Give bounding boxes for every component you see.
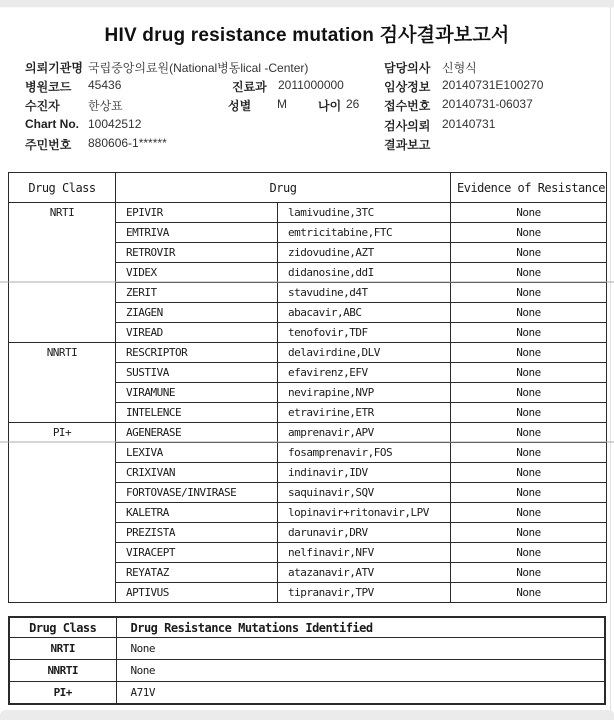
brand-cell: KALETRA: [116, 503, 278, 523]
evidence-cell: None: [451, 343, 607, 363]
field-label-clinical-info: 임상정보: [384, 78, 430, 95]
generic-cell: nelfinavir,NFV: [278, 543, 451, 563]
generic-cell: abacavir,ABC: [278, 303, 451, 323]
generic-cell: indinavir,IDV: [278, 463, 451, 483]
mutation-table-row: NNRTINone: [9, 660, 605, 682]
drug-class-cell: NNRTI: [9, 660, 116, 682]
resistance-table-row: NRTIEPIVIRlamivudine,3TCNone: [9, 203, 607, 223]
mutations-cell: A71V: [116, 682, 605, 705]
field-value-patient-name: 한상표: [88, 97, 123, 114]
evidence-cell: None: [451, 363, 607, 383]
evidence-cell: None: [451, 423, 607, 443]
evidence-cell: None: [451, 283, 607, 303]
drug-class-cell: NRTI: [9, 638, 116, 660]
brand-cell: VIREAD: [116, 323, 278, 343]
generic-cell: saquinavir,SQV: [278, 483, 451, 503]
mutation-table-header-row: Drug Class Drug Resistance Mutations Ide…: [9, 617, 605, 638]
report-page: HIV drug resistance mutation 검사결과보고서 의뢰기…: [0, 0, 614, 720]
generic-cell: tipranavir,TPV: [278, 583, 451, 603]
mutation-table-row: NRTINone: [9, 638, 605, 660]
field-value-age: 26: [346, 97, 359, 111]
scan-artifact-line: [0, 281, 614, 283]
mutations-cell: None: [116, 660, 605, 682]
field-value-receipt-no: 20140731-06037: [442, 97, 533, 111]
header-drug-class: Drug Class: [9, 617, 116, 638]
brand-cell: VIRAMUNE: [116, 383, 278, 403]
evidence-cell: None: [451, 203, 607, 223]
scan-edge-top: [0, 0, 614, 8]
evidence-cell: None: [451, 443, 607, 463]
brand-cell: INTELENCE: [116, 403, 278, 423]
evidence-cell: None: [451, 563, 607, 583]
brand-cell: APTIVUS: [116, 583, 278, 603]
resistance-table-row: NNRTIRESCRIPTORdelavirdine,DLVNone: [9, 343, 607, 363]
evidence-cell: None: [451, 503, 607, 523]
brand-cell: ZERIT: [116, 283, 278, 303]
brand-cell: RESCRIPTOR: [116, 343, 278, 363]
field-value-doctor: 신형식: [442, 59, 477, 76]
resistance-table-row: PI+AGENERASEamprenavir,APVNone: [9, 423, 607, 443]
field-value-clinical-info: 20140731E100270: [442, 78, 543, 92]
header-evidence: Evidence of Resistance: [451, 173, 607, 203]
field-value-sex: M: [277, 97, 287, 111]
field-label-department: 진료과: [232, 78, 267, 95]
evidence-cell: None: [451, 523, 607, 543]
field-label-test-request: 검사의뢰: [384, 117, 430, 134]
brand-cell: EPIVIR: [116, 203, 278, 223]
drug-class-cell: NNRTI: [9, 343, 116, 423]
brand-cell: AGENERASE: [116, 423, 278, 443]
field-value-test-request: 20140731: [442, 117, 495, 131]
page-title: HIV drug resistance mutation 검사결과보고서: [0, 20, 614, 47]
scan-edge-right: [610, 7, 611, 710]
mutation-table: Drug Class Drug Resistance Mutations Ide…: [8, 616, 606, 705]
generic-cell: nevirapine,NVP: [278, 383, 451, 403]
field-value-requesting-org: 국립중앙의료원(National병동lical -Center): [88, 59, 308, 76]
generic-cell: didanosine,ddI: [278, 263, 451, 283]
evidence-cell: None: [451, 243, 607, 263]
brand-cell: LEXIVA: [116, 443, 278, 463]
generic-cell: atazanavir,ATV: [278, 563, 451, 583]
field-label-hospital-code: 병원코드: [25, 78, 71, 95]
evidence-cell: None: [451, 403, 607, 423]
field-value-hospital-code: 45436: [88, 78, 121, 92]
field-value-resident-no: 880606-1******: [88, 136, 167, 150]
generic-cell: emtricitabine,FTC: [278, 223, 451, 243]
header-mutations: Drug Resistance Mutations Identified: [116, 617, 605, 638]
generic-cell: delavirdine,DLV: [278, 343, 451, 363]
brand-cell: ZIAGEN: [116, 303, 278, 323]
brand-cell: FORTOVASE/INVIRASE: [116, 483, 278, 503]
resistance-table-header-row: Drug Class Drug Evidence of Resistance: [9, 173, 607, 203]
evidence-cell: None: [451, 263, 607, 283]
scan-artifact-line: [0, 441, 614, 443]
evidence-cell: None: [451, 583, 607, 603]
field-value-chart-no: 10042512: [88, 117, 141, 131]
brand-cell: REYATAZ: [116, 563, 278, 583]
generic-cell: tenofovir,TDF: [278, 323, 451, 343]
generic-cell: efavirenz,EFV: [278, 363, 451, 383]
generic-cell: lamivudine,3TC: [278, 203, 451, 223]
field-label-result-report: 결과보고: [384, 136, 430, 153]
header-drug-class: Drug Class: [9, 173, 116, 203]
scan-edge-bottom: [0, 710, 614, 720]
field-label-resident-no: 주민번호: [25, 136, 71, 153]
brand-cell: SUSTIVA: [116, 363, 278, 383]
generic-cell: amprenavir,APV: [278, 423, 451, 443]
evidence-cell: None: [451, 463, 607, 483]
evidence-cell: None: [451, 323, 607, 343]
resistance-table: Drug Class Drug Evidence of Resistance N…: [8, 172, 607, 603]
field-label-age: 나이: [318, 97, 341, 114]
generic-cell: fosamprenavir,FOS: [278, 443, 451, 463]
field-label-requesting-org: 의뢰기관명: [25, 59, 83, 76]
generic-cell: etravirine,ETR: [278, 403, 451, 423]
field-label-doctor: 담당의사: [384, 59, 430, 76]
brand-cell: VIDEX: [116, 263, 278, 283]
evidence-cell: None: [451, 303, 607, 323]
generic-cell: zidovudine,AZT: [278, 243, 451, 263]
evidence-cell: None: [451, 383, 607, 403]
generic-cell: darunavir,DRV: [278, 523, 451, 543]
evidence-cell: None: [451, 223, 607, 243]
brand-cell: EMTRIVA: [116, 223, 278, 243]
brand-cell: RETROVIR: [116, 243, 278, 263]
brand-cell: PREZISTA: [116, 523, 278, 543]
drug-class-cell: NRTI: [9, 203, 116, 343]
drug-class-cell: PI+: [9, 682, 116, 705]
generic-cell: stavudine,d4T: [278, 283, 451, 303]
header-drug: Drug: [116, 173, 451, 203]
field-label-patient-name: 수진자: [25, 97, 60, 114]
field-label-sex: 성별: [228, 97, 251, 114]
field-label-chart-no: Chart No.: [25, 117, 79, 131]
mutations-cell: None: [116, 638, 605, 660]
mutation-table-row: PI+A71V: [9, 682, 605, 705]
brand-cell: VIRACEPT: [116, 543, 278, 563]
drug-class-cell: PI+: [9, 423, 116, 603]
brand-cell: CRIXIVAN: [116, 463, 278, 483]
evidence-cell: None: [451, 543, 607, 563]
field-label-receipt-no: 접수번호: [384, 97, 430, 114]
evidence-cell: None: [451, 483, 607, 503]
field-value-department: 2011000000: [278, 78, 344, 92]
generic-cell: lopinavir+ritonavir,LPV: [278, 503, 451, 523]
